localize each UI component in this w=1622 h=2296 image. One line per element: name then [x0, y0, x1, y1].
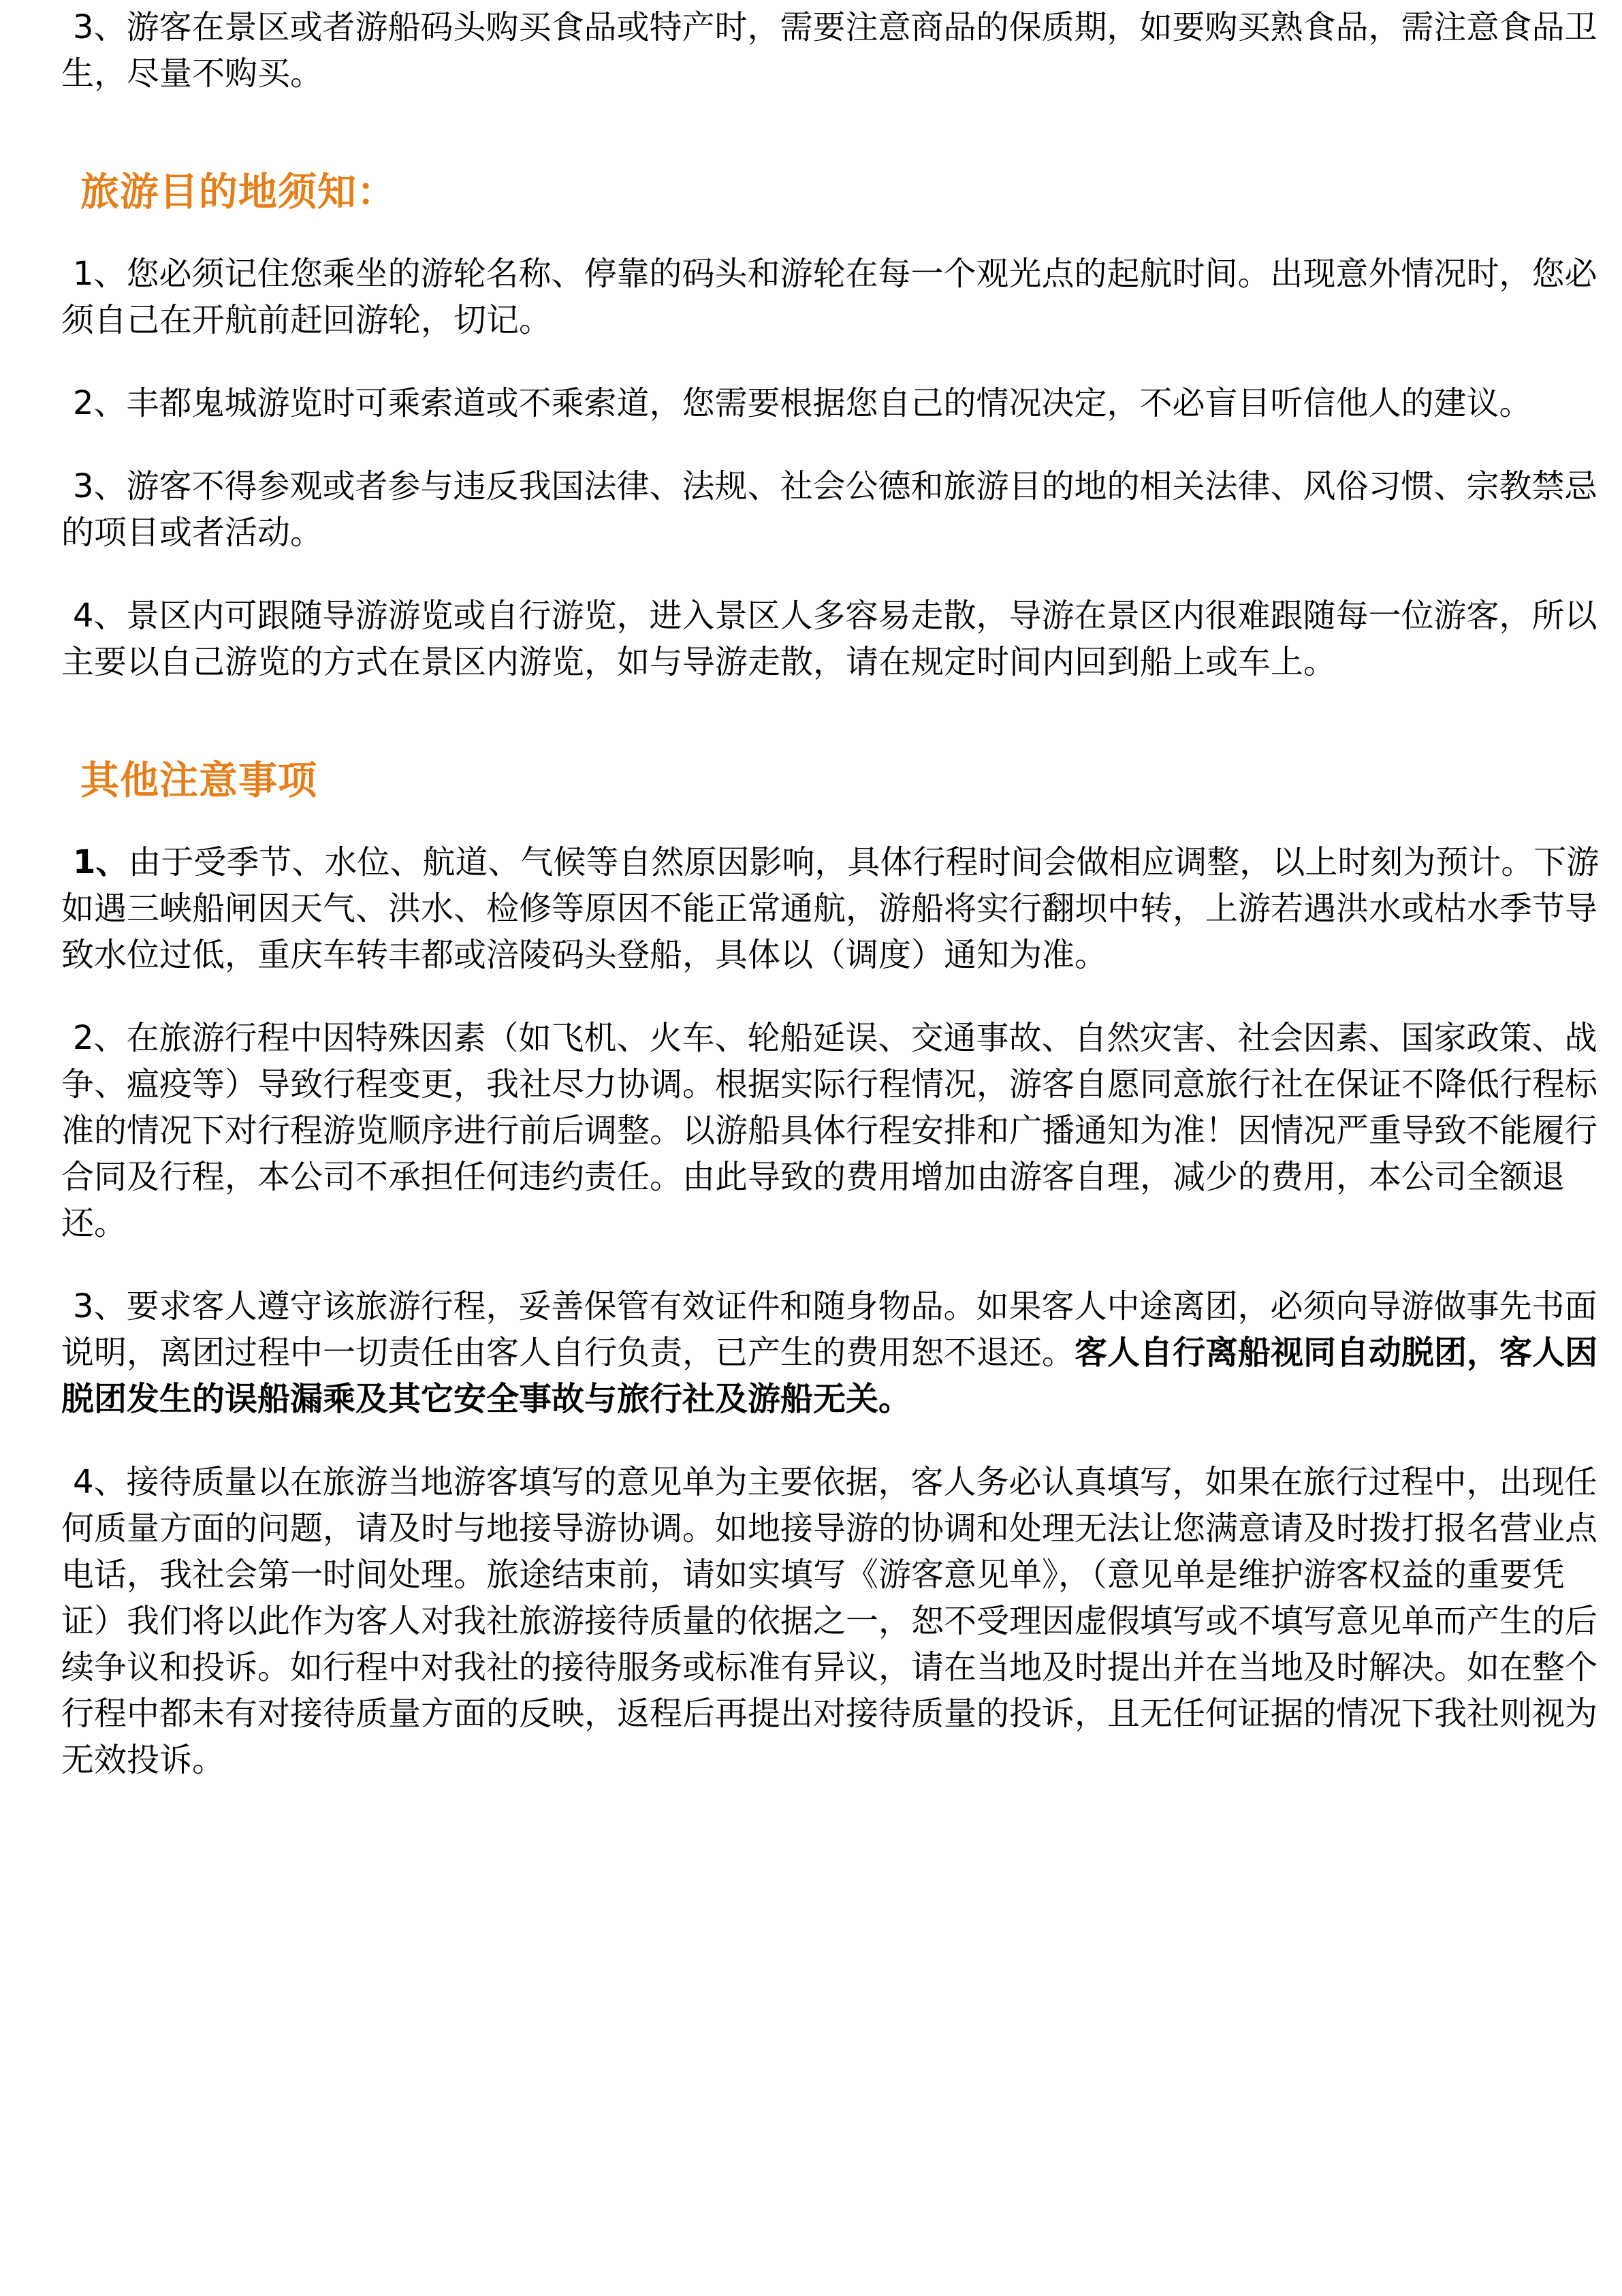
text-segment: 3、游客不得参观或者参与违反我国法律、法规、社会公德和旅游目的地的相关法律、风俗…: [61, 467, 1597, 552]
bold-text-segment: 1、: [73, 843, 128, 881]
note-itinerary-change: 2、在旅游行程中因特殊因素（如飞机、火车、轮船延误、交通事故、自然灾害、社会因素…: [61, 1015, 1600, 1246]
notice-scenic-area-touring: 4、景区内可跟随导游游览或自行游览，进入景区人多容易走散，导游在景区内很难跟随每…: [61, 593, 1600, 685]
text-segment: 2、在旅游行程中因特殊因素（如飞机、火车、轮船延误、交通事故、自然灾害、社会因素…: [61, 1019, 1597, 1242]
notice-fengdu-cableway: 2、丰都鬼城游览时可乘索道或不乘索道，您需要根据您自己的情况决定，不必盲目听信他…: [61, 380, 1600, 426]
note-schedule-adjustment: 1、由于受季节、水位、航道、气候等自然原因影响，具体行程时间会做相应调整，以上时…: [61, 839, 1600, 978]
text-segment: 1、您必须记住您乘坐的游轮名称、停靠的码头和游轮在每一个观光点的起航时间。出现意…: [61, 255, 1597, 339]
notice-food-purchase: 3、游客在景区或者游船码头购买食品或特产时，需要注意商品的保质期，如要购买熟食品…: [61, 4, 1600, 97]
heading-destination-notice: 旅游目的地须知：: [80, 170, 1600, 214]
text-segment: 3、游客在景区或者游船码头购买食品或特产时，需要注意商品的保质期，如要购买熟食品…: [61, 8, 1597, 93]
text-segment: 由于受季节、水位、航道、气候等自然原因影响，具体行程时间会做相应调整，以上时刻为…: [61, 843, 1599, 974]
travel-notice-document: 3、游客在景区或者游船码头购买食品或特产时，需要注意商品的保质期，如要购买熟食品…: [0, 0, 1622, 2296]
text-segment: 2、丰都鬼城游览时可乘索道或不乘索道，您需要根据您自己的情况决定，不必盲目听信他…: [73, 384, 1532, 422]
heading-other-notes: 其他注意事项: [80, 759, 1600, 802]
notice-legal-compliance: 3、游客不得参观或者参与违反我国法律、法规、社会公德和旅游目的地的相关法律、风俗…: [61, 463, 1600, 556]
note-leaving-group: 3、要求客人遵守该旅游行程，妥善保管有效证件和随身物品。如果客人中途离团，必须向…: [61, 1283, 1600, 1422]
note-service-quality-feedback: 4、接待质量以在旅游当地游客填写的意见单为主要依据，客人务必认真填写，如果在旅行…: [61, 1459, 1600, 1783]
notice-cruise-departure: 1、您必须记住您乘坐的游轮名称、停靠的码头和游轮在每一个观光点的起航时间。出现意…: [61, 251, 1600, 343]
text-segment: 4、景区内可跟随导游游览或自行游览，进入景区人多容易走散，导游在景区内很难跟随每…: [61, 597, 1597, 681]
text-segment: 4、接待质量以在旅游当地游客填写的意见单为主要依据，客人务必认真填写，如果在旅行…: [61, 1463, 1597, 1779]
